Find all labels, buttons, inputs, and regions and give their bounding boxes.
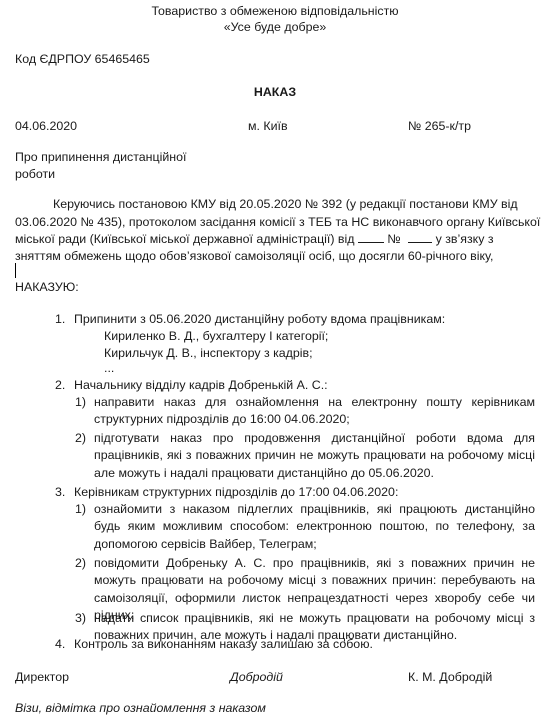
visas-note: Візи, відмітка про ознайомлення з наказо… [15, 700, 266, 717]
date-blank-field[interactable] [358, 231, 384, 243]
item-1-ellipsis: ... [104, 360, 114, 377]
signer-name: К. М. Добродій [408, 669, 492, 686]
preamble-line3-text: міської ради (Київської міської державно… [15, 232, 355, 246]
order-number: № 265-к/тр [408, 118, 471, 135]
item-1-name-1: Кириленко В. Д., бухгалтеру І категорії; [104, 328, 328, 345]
item-1-name-2: Кирильчук Д. В., інспектору з кадрів; [104, 345, 313, 362]
preamble-line3: міської ради (Київської міської державно… [15, 231, 494, 248]
company-name-line2: «Усе буде добре» [0, 19, 550, 36]
preamble-line1: Керуючись постановою КМУ від 20.05.2020 … [53, 196, 518, 213]
text-cursor [15, 263, 16, 278]
company-name-line1: Товариство з обмеженою відповідальністю [0, 3, 550, 20]
edrpou-code: Код ЄДРПОУ 65465465 [15, 51, 150, 68]
number-sign: № [387, 232, 400, 246]
item-3-2-number: 2) [75, 555, 86, 572]
item-3-number: 3. [55, 484, 65, 501]
subject-line1: Про припинення дистанційної [15, 149, 186, 166]
item-3-1-text: ознайомити з наказом підлеглих працівник… [94, 501, 535, 553]
item-1-text: Припинити з 05.06.2020 дистанційну робот… [74, 311, 445, 328]
item-3-text: Керівникам структурних підрозділів до 17… [74, 484, 398, 501]
item-3-3-number: 3) [75, 610, 86, 627]
document-title: НАКАЗ [0, 84, 550, 101]
item-4-text: Контроль за виконанням наказу залишаю за… [74, 636, 373, 653]
preamble-line2: 03.06.2020 № 435), протоколом засідання … [15, 214, 540, 231]
order-date: 04.06.2020 [15, 118, 77, 135]
preamble-line3-end: у зв’язку з [436, 232, 494, 246]
order-city: м. Київ [248, 118, 288, 135]
item-2-1-text: направити наказ для ознайомлення на елек… [94, 394, 535, 429]
subject-line2: роботи [15, 166, 55, 183]
signer-signature: Добродій [230, 669, 283, 686]
number-blank-field[interactable] [408, 231, 432, 243]
item-2-2-number: 2) [75, 430, 86, 447]
item-2-1-number: 1) [75, 394, 86, 411]
preamble-line4: зняттям обмежень щодо обов’язкової самоі… [15, 248, 493, 265]
item-3-1-number: 1) [75, 501, 86, 518]
signer-position: Директор [15, 669, 69, 686]
item-4-number: 4. [55, 636, 65, 653]
item-2-2-text: підготувати наказ про продовження дистан… [94, 430, 535, 482]
order-word: НАКАЗУЮ: [15, 279, 79, 296]
item-2-number: 2. [55, 377, 65, 394]
item-2-text: Начальнику відділу кадрів Добренькій А. … [74, 377, 328, 394]
item-1-number: 1. [55, 311, 65, 328]
